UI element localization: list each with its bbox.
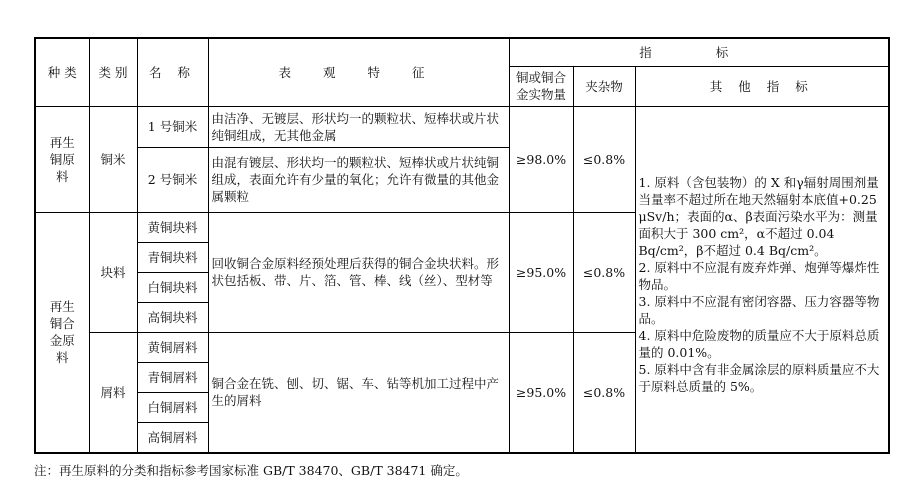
other-indicator-item: 2. 原料中不应混有废弃炸弹、炮弹等爆炸性物品。: [639, 259, 886, 293]
header-kind: 种 类: [35, 38, 89, 106]
appearance-cell: 由洁净、无镀层、形状均一的颗粒状、短棒状或片状纯铜组成，无其他金属: [208, 106, 509, 147]
header-other-indicators: 其 他 指 标: [635, 66, 889, 106]
other-indicator-item: 4. 原料中危险废物的质量应不大于原料总质量的 0.01%。: [639, 327, 886, 361]
inclusions-cell: ≤0.8%: [573, 106, 635, 212]
appearance-cell: 回收铜合金原料经预处理后获得的铜合金块状料。形状包括板、带、片、箔、管、棒、线（…: [208, 212, 509, 332]
name-cell: 高铜块料: [137, 302, 208, 332]
name-cell: 1 号铜米: [137, 106, 208, 147]
kind-cell: 再生铜合金原料: [35, 212, 89, 453]
inclusions-cell: ≤0.8%: [573, 212, 635, 332]
kind-cell: 再生铜原料: [35, 106, 89, 212]
table-row: 再生铜原料 铜米 1 号铜米 由洁净、无镀层、形状均一的颗粒状、短棒状或片状纯铜…: [35, 106, 889, 147]
appearance-cell: 由混有镀层、形状均一的颗粒状、短棒状或片状纯铜组成，表面允许有少量的氧化；允许有…: [208, 147, 509, 212]
copper-content-cell: ≥95.0%: [509, 212, 573, 332]
copper-content-cell: ≥95.0%: [509, 332, 573, 453]
header-name: 名 称: [137, 38, 208, 106]
header-inclusions: 夹杂物: [573, 66, 635, 106]
header-category: 类 别: [89, 38, 137, 106]
header-row-1: 种 类 类 别 名 称 表 观 特 征 指 标: [35, 38, 889, 66]
name-cell: 青铜块料: [137, 242, 208, 272]
header-appearance: 表 观 特 征: [208, 38, 509, 106]
copper-content-cell: ≥98.0%: [509, 106, 573, 212]
category-cell: 块料: [89, 212, 137, 332]
name-cell: 2 号铜米: [137, 147, 208, 212]
name-cell: 青铜屑料: [137, 362, 208, 392]
category-cell: 铜米: [89, 106, 137, 212]
name-cell: 黄铜屑料: [137, 332, 208, 362]
category-cell: 屑料: [89, 332, 137, 453]
other-indicators-cell: 1. 原料（含包装物）的 X 和γ辐射周围剂量当量率不超过所在地天然辐射本底值+…: [635, 106, 889, 453]
appearance-cell: 铜合金在铣、刨、切、锯、车、钻等机加工过程中产生的屑料: [208, 332, 509, 453]
header-copper-content: 铜或铜合金实物量: [509, 66, 573, 106]
name-cell: 白铜块料: [137, 272, 208, 302]
inclusions-cell: ≤0.8%: [573, 332, 635, 453]
name-cell: 黄铜块料: [137, 212, 208, 242]
other-indicator-item: 1. 原料（含包装物）的 X 和γ辐射周围剂量当量率不超过所在地天然辐射本底值+…: [639, 174, 886, 259]
other-indicator-item: 3. 原料中不应混有密闭容器、压力容器等物品。: [639, 293, 886, 327]
name-cell: 高铜屑料: [137, 422, 208, 453]
raw-material-spec-table: 种 类 类 别 名 称 表 观 特 征 指 标 铜或铜合金实物量 夹杂物 其 他…: [34, 37, 890, 454]
name-cell: 白铜屑料: [137, 392, 208, 422]
table-footnote: 注：再生原料的分类和指标参考国家标准 GB/T 38470、GB/T 38471…: [34, 461, 468, 479]
other-indicator-item: 5. 原料中含有非金属涂层的原料质量应不大于原料总质量的 5%。: [639, 361, 886, 395]
header-indicators: 指 标: [509, 38, 889, 66]
